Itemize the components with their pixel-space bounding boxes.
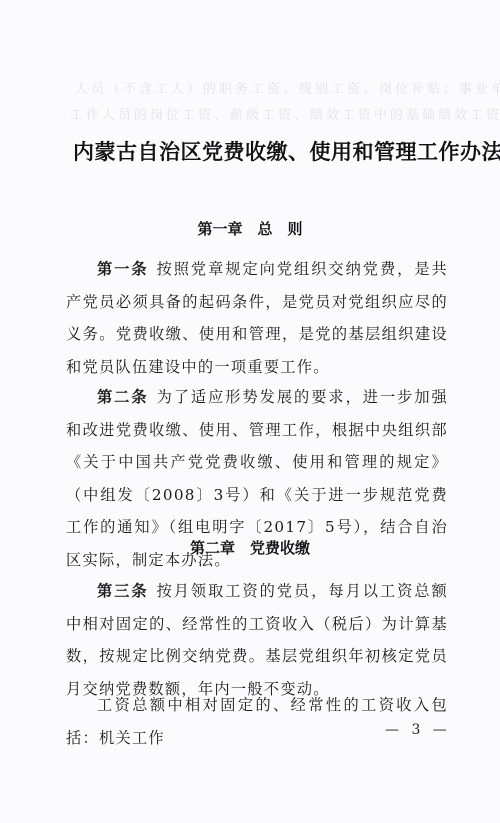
page-number: — 3 — — [385, 722, 451, 738]
article-1: 第一条按照党章规定向党组织交纳党费，是共产党员必须具备的起码条件，是党员对党组织… — [66, 253, 448, 383]
document-title: 内蒙古自治区党费收缴、使用和管理工作办法 — [73, 136, 453, 166]
bleed-through-text: 工作人员的岗位工资、薪级工资、绩效工资中的基础绩效工资 — [70, 104, 500, 123]
chapter-heading-2: 第二章 党费收缴 — [0, 537, 500, 558]
article-1-label: 第一条 — [97, 260, 149, 278]
article-2-label: 第二条 — [97, 388, 149, 406]
article-3-label: 第三条 — [97, 582, 149, 600]
article-3: 第三条按月领取工资的党员，每月以工资总额中相对固定的、经常性的工资收入（税后）为… — [66, 575, 448, 705]
chapter-heading-1: 第一章 总 则 — [0, 218, 500, 239]
bleed-through-text: 人员（不含工人）的职务工资、级别工资、岗位补贴；事业单位 — [75, 78, 500, 97]
document-page: 人员（不含工人）的职务工资、级别工资、岗位补贴；事业单位 工作人员的岗位工资、薪… — [0, 0, 500, 823]
